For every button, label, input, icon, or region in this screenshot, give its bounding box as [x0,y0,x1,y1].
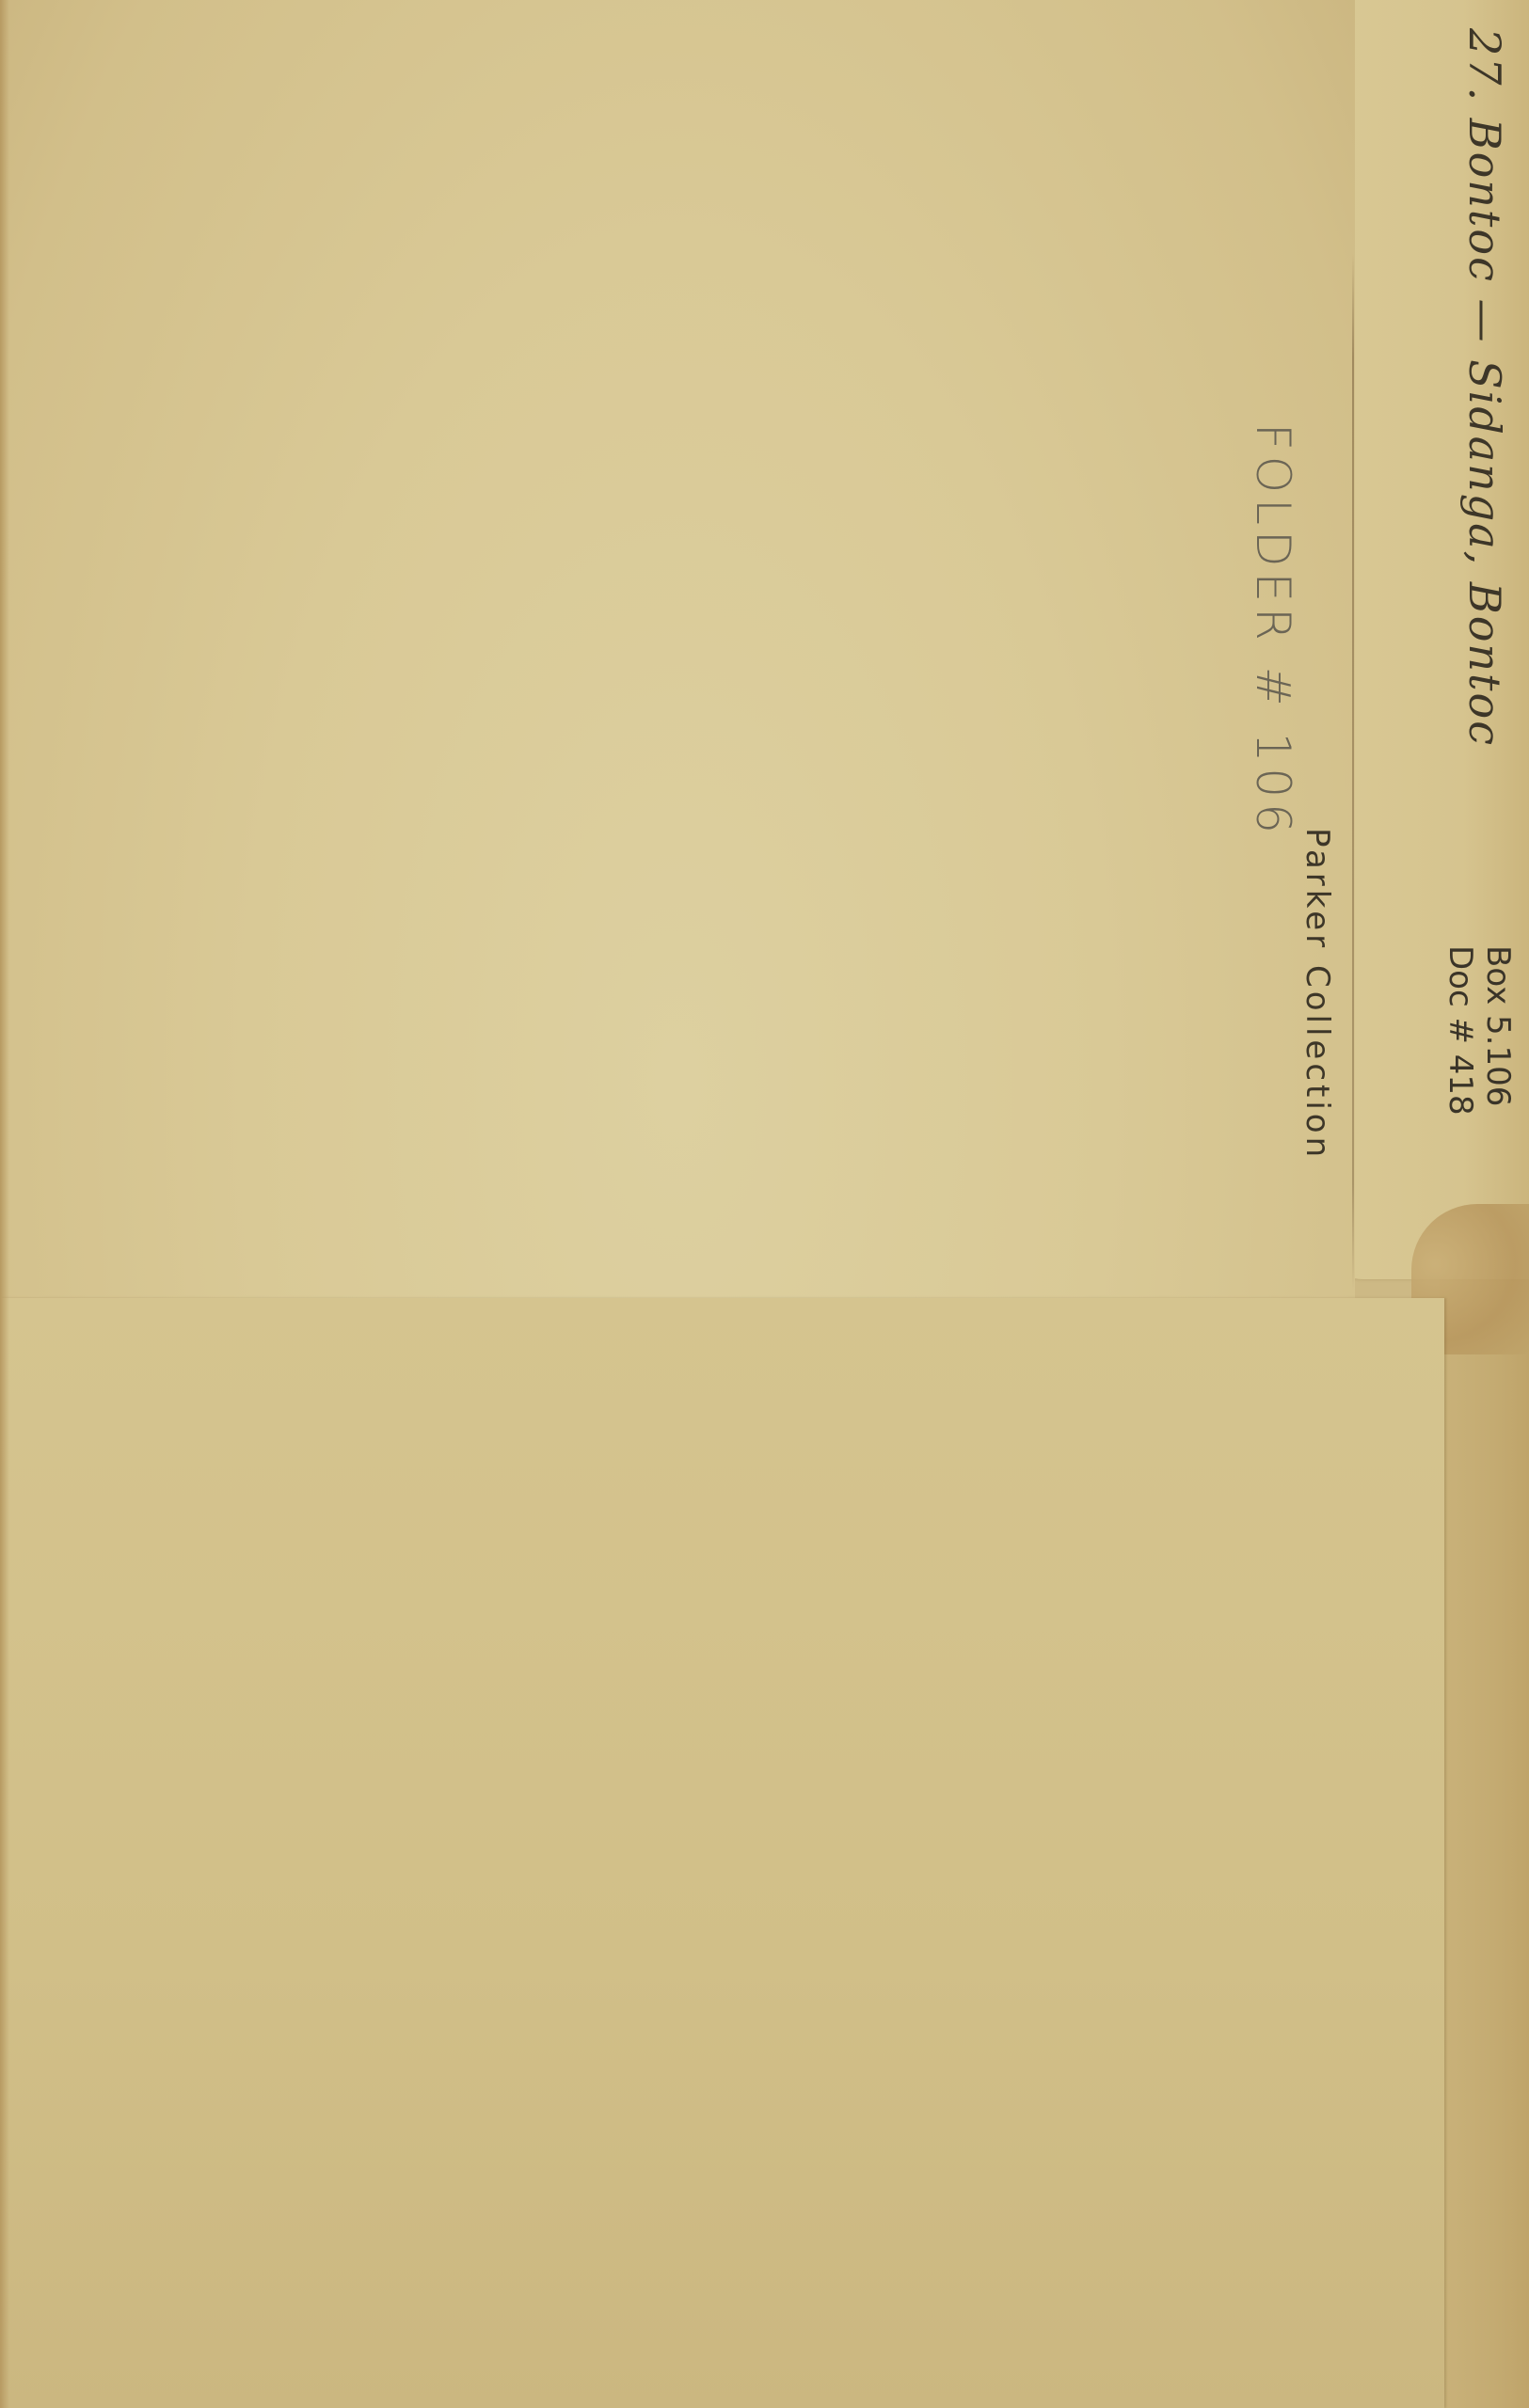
box-number: Box 5.106 [1479,945,1517,1116]
tab-title-annotation: 27. Bontoc — Sidanga, Bontoc [1459,28,1510,747]
collection-annotation: Parker Collection [1298,828,1336,1161]
folder-number-label: FOLDER # 106 [1246,423,1300,839]
folder-left-edge [0,0,9,2408]
folder-scan: 27. Bontoc — Sidanga, Bontoc Box 5.106 D… [0,0,1529,2408]
tab-crease-line [1352,254,1354,1289]
folder-front-lower [0,1298,1444,2408]
box-doc-annotation: Box 5.106 Doc # 418 [1441,945,1517,1116]
doc-number: Doc # 418 [1441,945,1479,1116]
